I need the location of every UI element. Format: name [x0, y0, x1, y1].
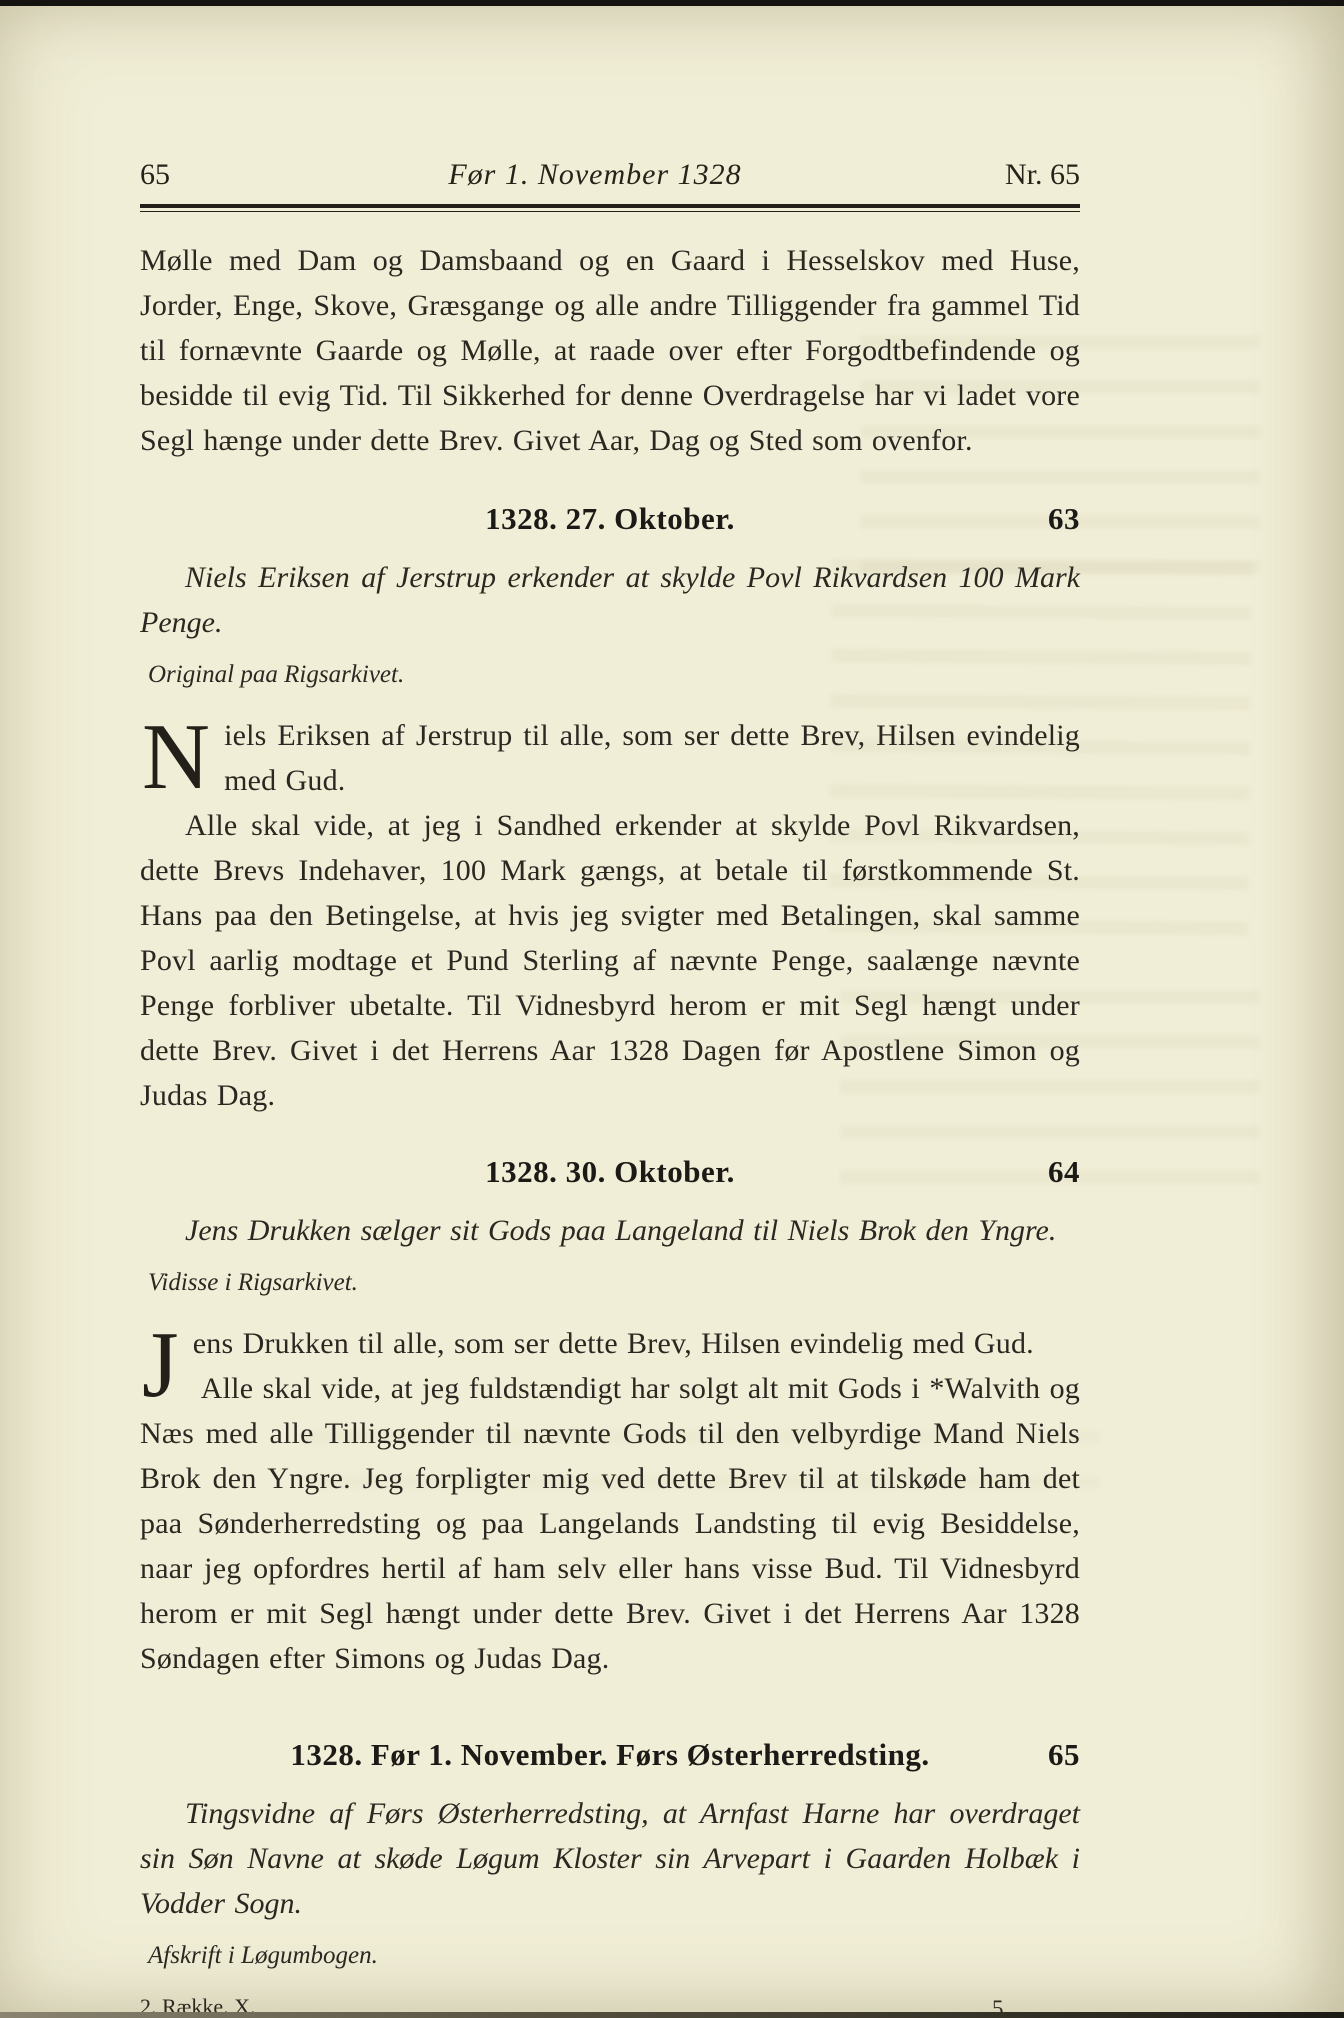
header-rule [140, 204, 1080, 212]
entry-summary: Niels Eriksen af Jerstrup erkender at sk… [140, 555, 1080, 645]
entry-body-opening-text: ens Drukken til alle, som ser dette Brev… [193, 1327, 1034, 1360]
entry-body-paragraph: Alle skal vide, at jeg fuldstændigt har … [140, 1366, 1080, 1681]
entry-number: 64 [1048, 1154, 1080, 1190]
entry-summary: Jens Drukken sælger sit Gods paa Langela… [140, 1208, 1080, 1253]
entry-source-note: Vidisse i Rigsarkivet. [148, 1269, 1080, 1297]
page-number: 65 [140, 158, 230, 192]
entry-number: 65 [1048, 1737, 1080, 1773]
entry-source-note: Afskrift i Løgumbogen. [148, 1942, 1080, 1970]
drop-cap-initial: N [140, 713, 224, 795]
running-title: Før 1. November 1328 [230, 158, 960, 192]
entry-number: 63 [1048, 501, 1080, 537]
entry-heading: 1328. 27. Oktober. 63 [140, 501, 1080, 537]
entry-summary: Tingsvidne af Førs Østerherredsting, at … [140, 1791, 1080, 1926]
continuation-paragraph: Mølle med Dam og Damsbaand og en Gaard i… [140, 238, 1080, 463]
entry-body-opening: Niels Eriksen af Jerstrup til alle, som … [140, 713, 1080, 803]
scanned-book-page: 65 Før 1. November 1328 Nr. 65 Mølle med… [0, 0, 1344, 2018]
drop-cap-initial: J [140, 1321, 193, 1403]
scan-edge-bottom [0, 2012, 1344, 2018]
running-header: 65 Før 1. November 1328 Nr. 65 [140, 0, 1080, 192]
entry-65: 1328. Før 1. November. Førs Østerherreds… [140, 1737, 1080, 1970]
entry-heading-date: 1328. 27. Oktober. [485, 501, 735, 536]
entry-64: 1328. 30. Oktober. 64 Jens Drukken sælge… [140, 1154, 1080, 1681]
entry-63: 1328. 27. Oktober. 63 Niels Eriksen af J… [140, 501, 1080, 1118]
entry-heading: 1328. 30. Oktober. 64 [140, 1154, 1080, 1190]
entry-body-opening-text: iels Eriksen af Jerstrup til alle, som s… [224, 719, 1080, 797]
entry-body-paragraph: Alle skal vide, at jeg i Sandhed erkende… [140, 803, 1080, 1118]
entry-body-opening: Jens Drukken til alle, som ser dette Bre… [140, 1321, 1080, 1366]
entry-source-note: Original paa Rigsarkivet. [148, 661, 1080, 689]
text-block: 65 Før 1. November 1328 Nr. 65 Mølle med… [140, 0, 1080, 2018]
entry-number-label: Nr. 65 [960, 158, 1080, 192]
entry-heading-date: 1328. Før 1. November. Førs Østerherreds… [290, 1737, 929, 1772]
entry-heading-date: 1328. 30. Oktober. [485, 1154, 735, 1189]
entry-heading: 1328. Før 1. November. Førs Østerherreds… [140, 1737, 1080, 1773]
